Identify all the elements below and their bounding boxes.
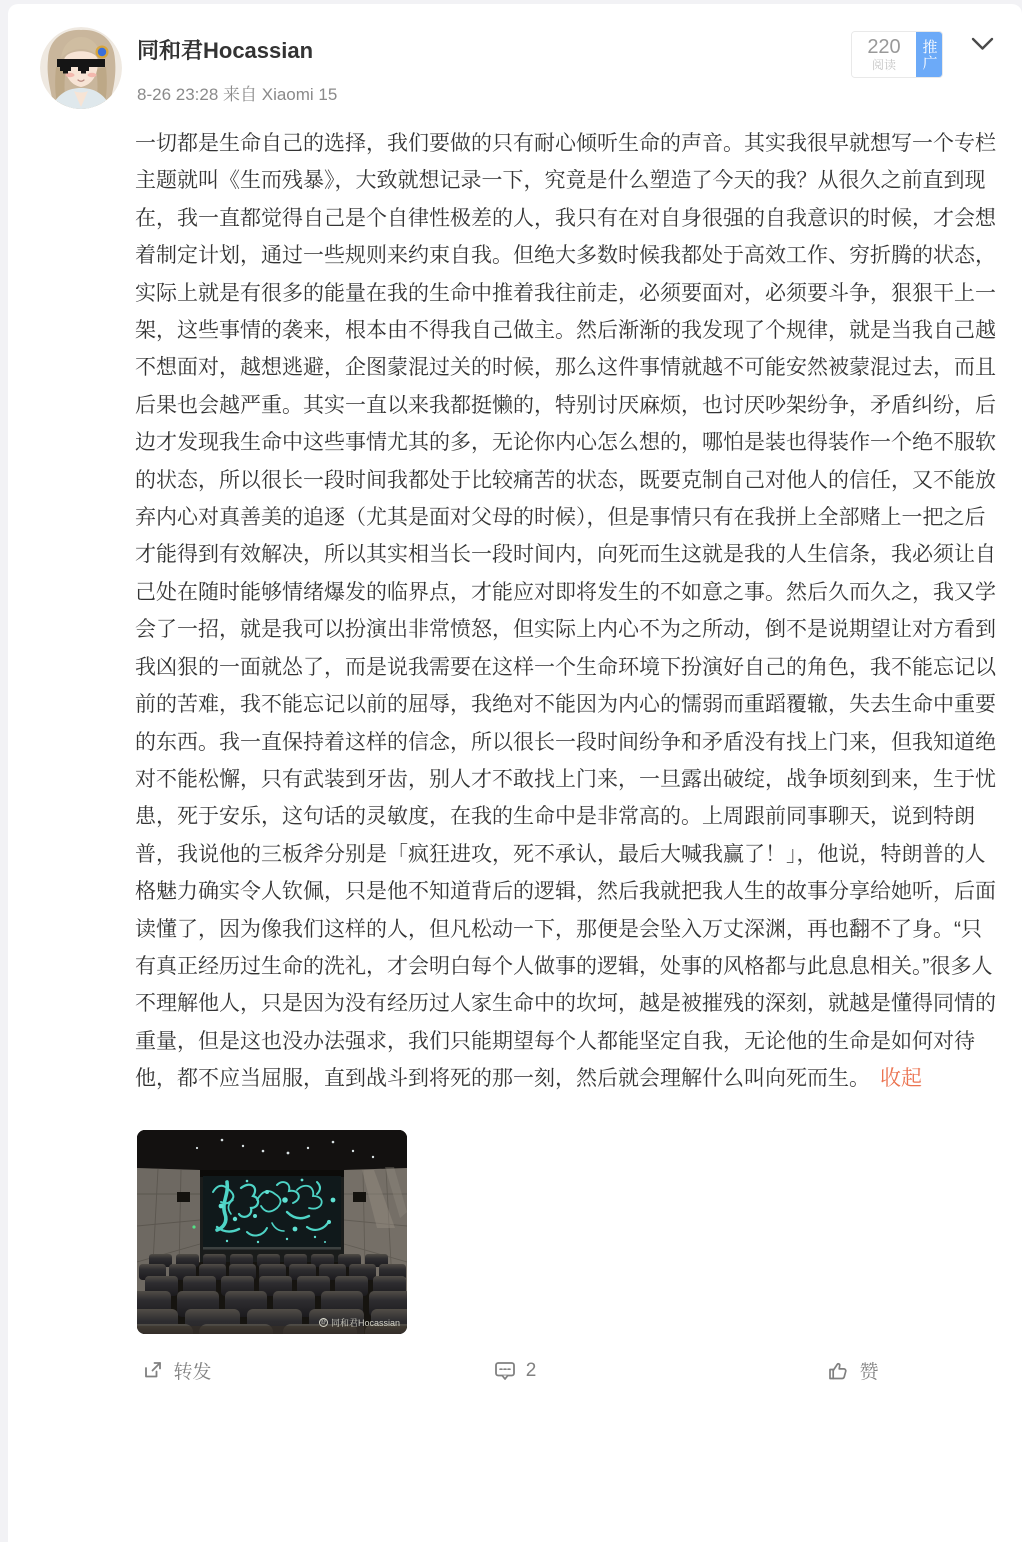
chevron-down-icon[interactable]	[971, 37, 994, 51]
reads-label: 阅读	[852, 58, 916, 72]
like-label: 赞	[859, 1357, 878, 1384]
post-body: 一切都是生命自己的选择，我们要做的只有耐心倾听生命的声音。其实我很早就想写一个专…	[135, 132, 996, 1090]
reads-counter: 220 阅读	[852, 32, 916, 77]
reads-promote-badge[interactable]: 220 阅读 推广	[851, 31, 943, 78]
like-icon	[827, 1360, 849, 1381]
right-speaker	[353, 1192, 366, 1202]
watermark-text: 同和君Hocassian	[331, 1316, 400, 1329]
post-meta: 8-26 23:28 来自 Xiaomi 15	[137, 80, 337, 105]
exit-light	[192, 1225, 195, 1228]
promote-button[interactable]: 推广	[916, 32, 942, 77]
avatar-image	[40, 27, 122, 109]
watermark-logo-icon: @	[319, 1318, 328, 1327]
like-button[interactable]: 赞	[684, 1350, 1022, 1392]
username[interactable]: 同和君Hocassian	[137, 34, 337, 65]
photo-watermark: @ 同和君Hocassian	[319, 1316, 400, 1329]
avatar[interactable]	[40, 27, 122, 109]
post-text: 一切都是生命自己的选择，我们要做的只有耐心倾听生命的声音。其实我很早就想写一个专…	[135, 125, 997, 1098]
repost-label: 转发	[173, 1357, 211, 1384]
repost-icon	[142, 1360, 163, 1381]
repost-button[interactable]: 转发	[8, 1350, 346, 1392]
post-header: 同和君Hocassian 8-26 23:28 来自 Xiaomi 15 220…	[8, 4, 1022, 109]
collapse-link[interactable]: 收起	[880, 1067, 922, 1090]
comment-icon	[494, 1360, 516, 1381]
post-image[interactable]: @ 同和君Hocassian	[137, 1130, 407, 1334]
left-speaker	[177, 1192, 190, 1202]
comment-count: 2	[526, 1360, 537, 1382]
post-card: 同和君Hocassian 8-26 23:28 来自 Xiaomi 15 220…	[8, 4, 1022, 1542]
comment-button[interactable]: 2	[346, 1350, 684, 1392]
action-bar: 转发 2 赞	[8, 1350, 1022, 1392]
reads-count: 220	[852, 36, 916, 58]
cinema-photo-graphic	[137, 1130, 407, 1334]
